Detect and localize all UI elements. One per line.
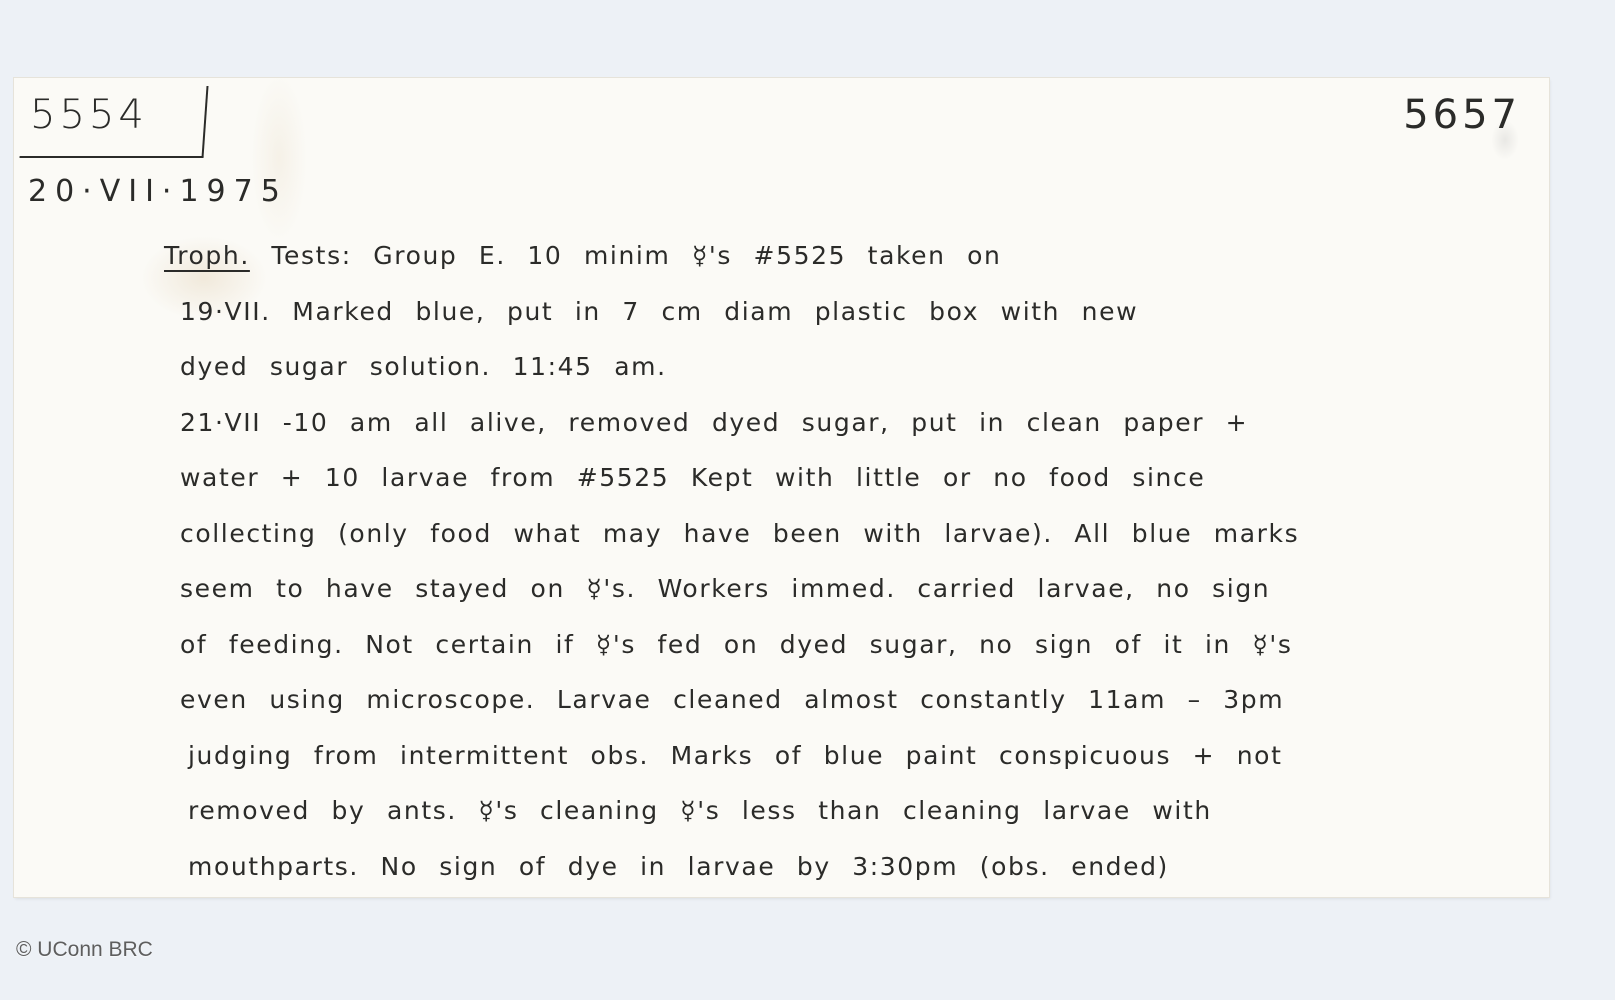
note-line: judging from intermittent obs. Marks of … — [188, 728, 1534, 784]
card-date: 20·VII·1975 — [28, 174, 288, 209]
note-line-text: judging from intermittent obs. Marks of … — [188, 741, 1282, 770]
note-line: collecting (only food what may have been… — [180, 506, 1534, 562]
note-line: even using microscope. Larvae cleaned al… — [180, 672, 1534, 728]
note-line: of feeding. Not certain if ☿'s fed on dy… — [180, 617, 1534, 673]
note-line: removed by ants. ☿'s cleaning ☿'s less t… — [188, 783, 1534, 839]
note-line: dyed sugar solution. 11:45 am. — [180, 339, 1534, 395]
heading-abbrev: Troph. — [164, 241, 250, 270]
note-line-text: Tests: Group E. 10 minim ☿'s #5525 taken… — [250, 241, 1002, 270]
note-line: mouthparts. No sign of dye in larvae by … — [188, 839, 1534, 895]
catalog-number: 5554 — [30, 92, 148, 138]
note-line: 19·VII. Marked blue, put in 7 cm diam pl… — [180, 284, 1534, 340]
note-line: 21·VII -10 am all alive, removed dyed su… — [180, 395, 1534, 451]
note-line-text: 19·VII. Marked blue, put in 7 cm diam pl… — [180, 297, 1138, 326]
note-line-text: seem to have stayed on ☿'s. Workers imme… — [180, 574, 1270, 603]
note-line-text: of feeding. Not certain if ☿'s fed on dy… — [180, 630, 1293, 659]
note-line-text: even using microscope. Larvae cleaned al… — [180, 685, 1284, 714]
note-line-text: dyed sugar solution. 11:45 am. — [180, 352, 667, 381]
note-line-text: water + 10 larvae from #5525 Kept with l… — [180, 463, 1205, 492]
note-line-text: mouthparts. No sign of dye in larvae by … — [188, 852, 1169, 881]
note-line-text: collecting (only food what may have been… — [180, 519, 1299, 548]
note-line-text: removed by ants. ☿'s cleaning ☿'s less t… — [188, 796, 1212, 825]
note-line: Troph. Tests: Group E. 10 minim ☿'s #552… — [164, 228, 1534, 284]
handwritten-notes: Troph. Tests: Group E. 10 minim ☿'s #552… — [164, 228, 1534, 894]
note-line-text: 21·VII -10 am all alive, removed dyed su… — [180, 408, 1248, 437]
copyright-credit: © UConn BRC — [16, 938, 153, 962]
index-card: 5554 5657 20·VII·1975 Troph. Tests: Grou… — [14, 78, 1549, 897]
note-line: seem to have stayed on ☿'s. Workers imme… — [180, 561, 1534, 617]
note-line: water + 10 larvae from #5525 Kept with l… — [180, 450, 1534, 506]
alt-number: 5657 — [1403, 92, 1521, 138]
